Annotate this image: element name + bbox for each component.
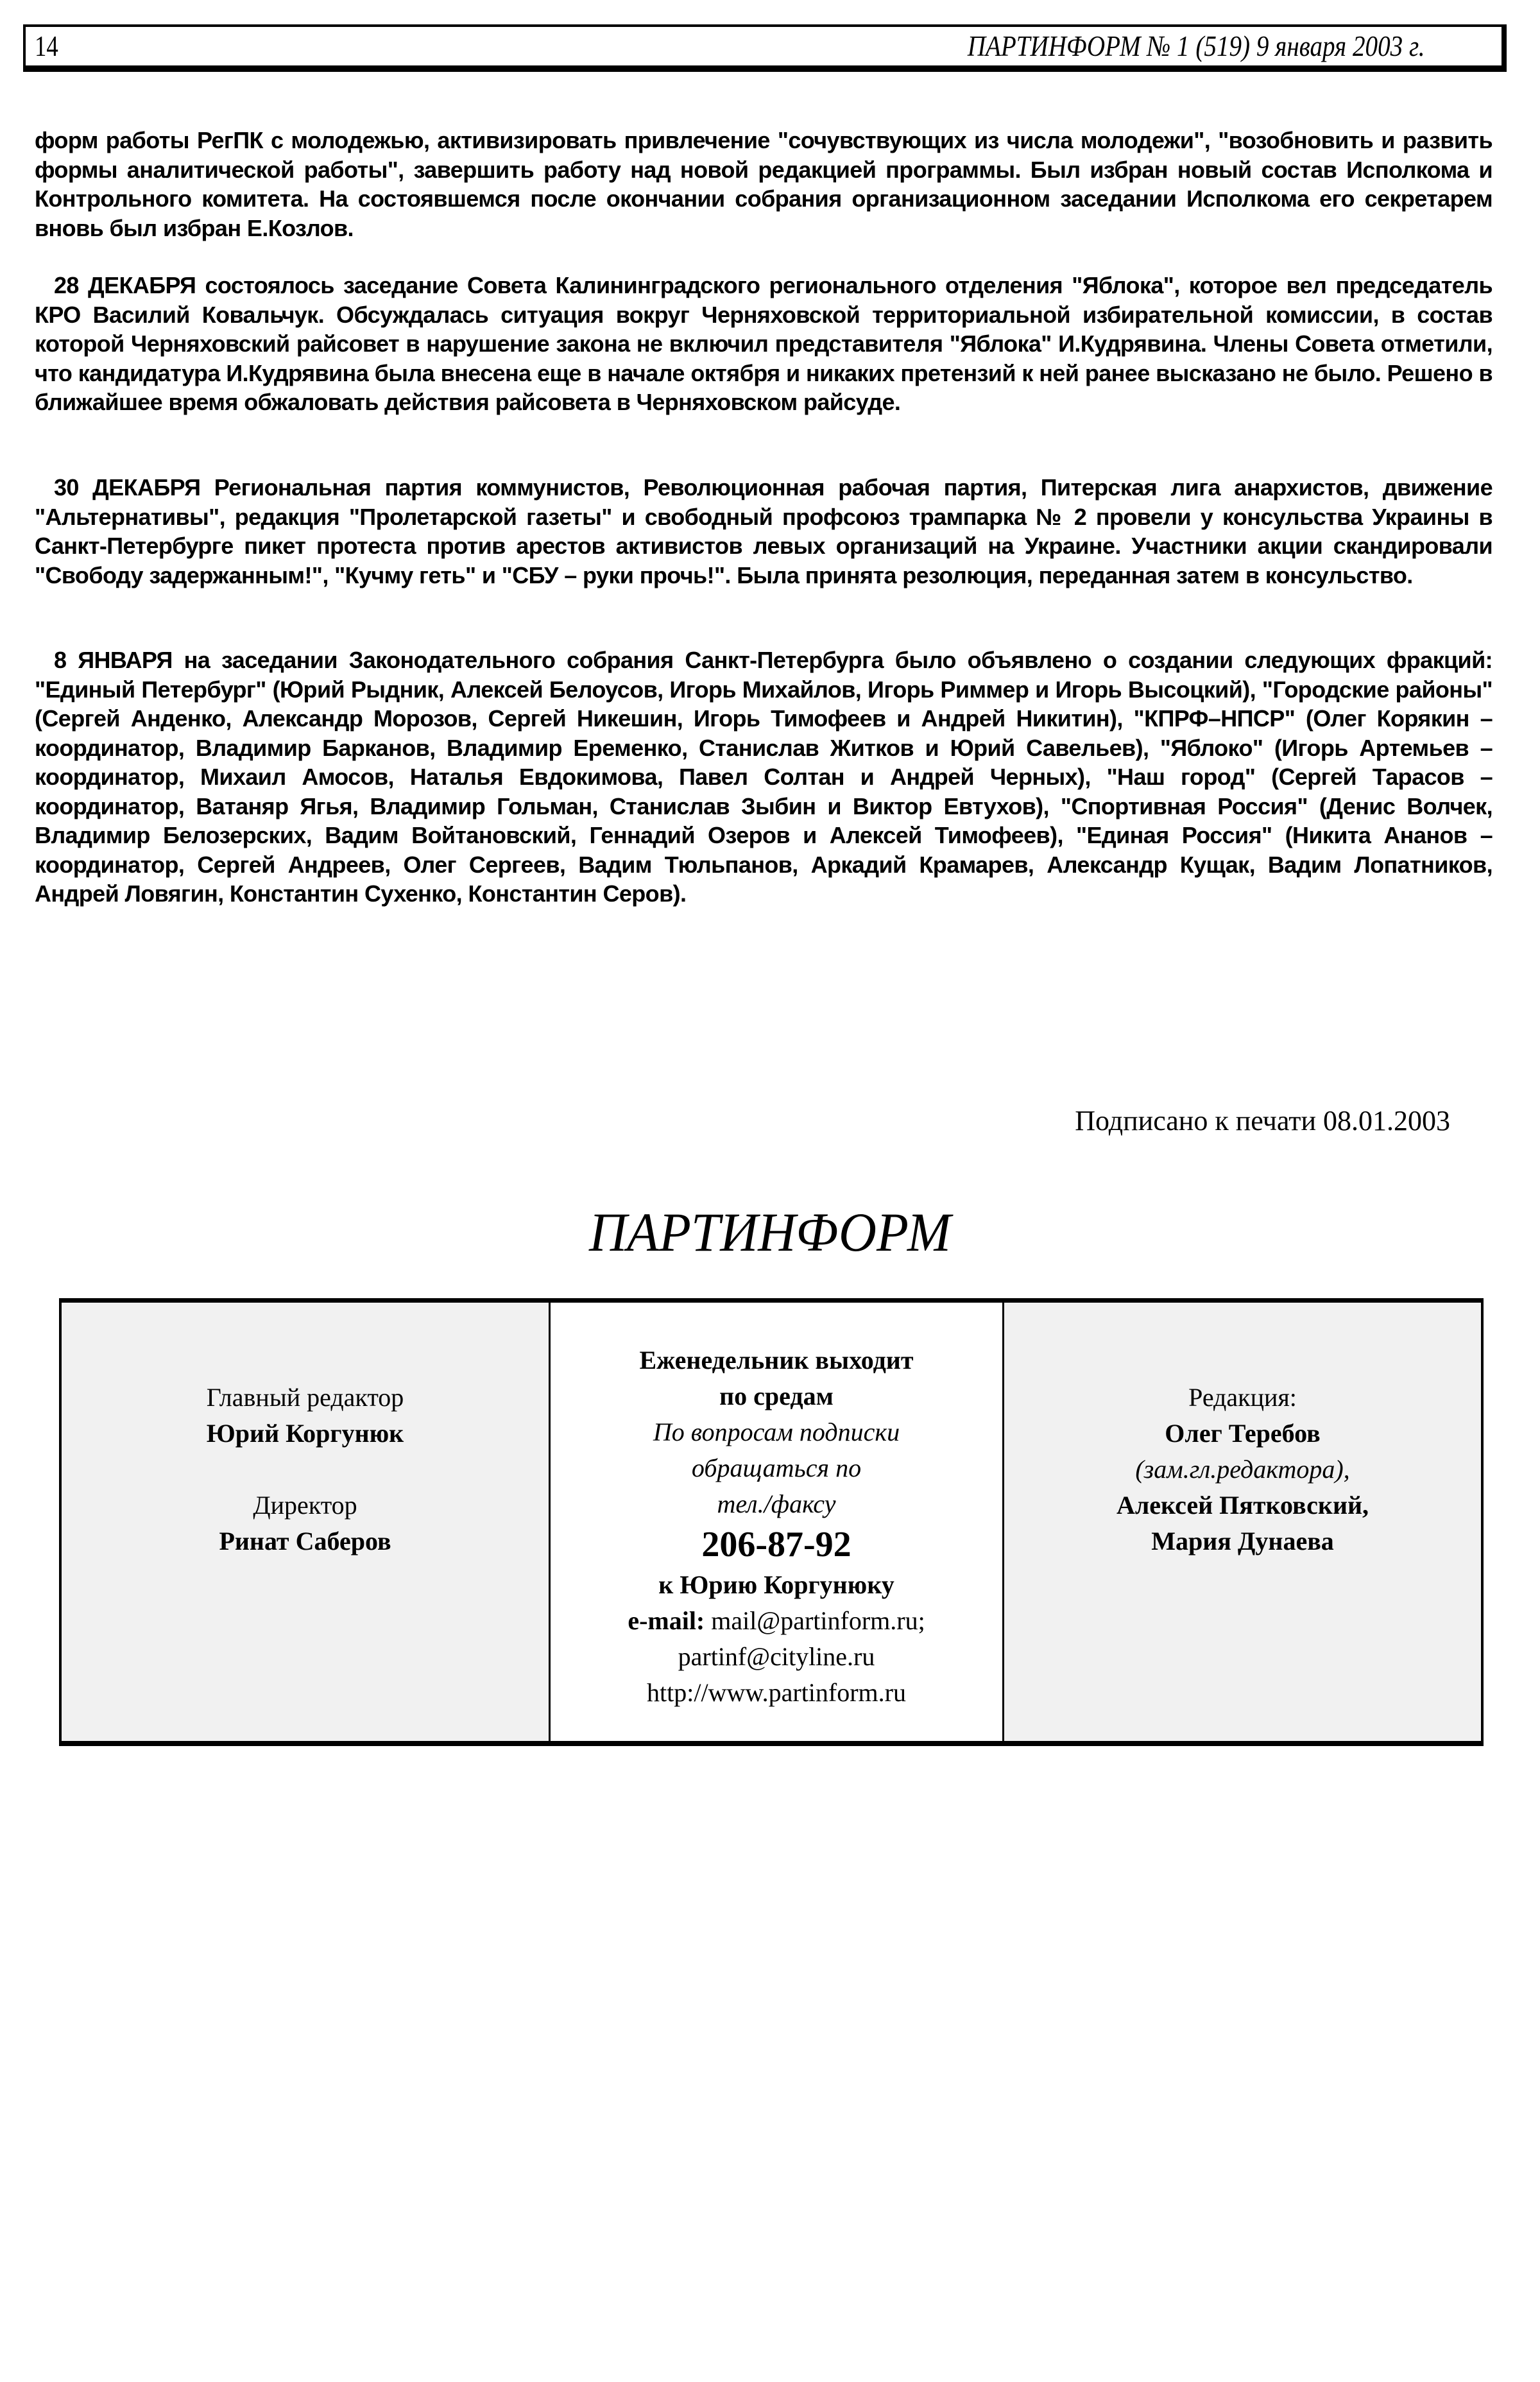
paragraph-2: 28 ДЕКАБРЯ состоялось заседание Совета К… [35, 271, 1493, 417]
email-link-2[interactable]: partinf@cityline.ru [551, 1639, 1002, 1675]
director-label: Директор [62, 1487, 549, 1523]
page-header: 14 ПАРТИНФОРМ № 1 (519) 9 января 2003 г. [23, 24, 1507, 72]
imprint-editors: Главный редактор Юрий Коргунюк Директор … [62, 1303, 551, 1741]
imprint-box: Главный редактор Юрий Коргунюк Директор … [59, 1298, 1484, 1746]
contact-person: к Юрию Коргунюку [551, 1567, 1002, 1603]
imprint-contacts: Еженедельник выходит по средам По вопрос… [551, 1303, 1004, 1741]
staff-label: Редакция: [1004, 1380, 1481, 1416]
subscription-line-3: тел./факсу [551, 1486, 1002, 1522]
email-link-1[interactable]: mail@partinform.ru; [705, 1606, 925, 1635]
entry-date: 8 ЯНВАРЯ [54, 647, 173, 673]
weekly-line-2: по средам [551, 1378, 1002, 1414]
article-entry-dec30: 30 ДЕКАБРЯ Региональная партия коммунист… [35, 473, 1493, 590]
article-entry-jan8: 8 ЯНВАРЯ на заседании Законодательного с… [35, 646, 1493, 909]
staff-member-1: Олег Теребов [1004, 1416, 1481, 1452]
entry-date: 30 ДЕКАБРЯ [54, 474, 200, 501]
paragraph-4: 8 ЯНВАРЯ на заседании Законодательного с… [35, 646, 1493, 909]
subscription-line-1: По вопросам подписки [551, 1414, 1002, 1450]
editor-name: Юрий Коргунюк [62, 1416, 549, 1452]
paragraph-1: форм работы РегПК с молодежью, активизир… [35, 126, 1493, 243]
email-line: e-mail: mail@partinform.ru; [551, 1603, 1002, 1639]
subscription-line-2: обращаться по [551, 1450, 1002, 1486]
article-body: форм работы РегПК с молодежью, активизир… [35, 126, 1493, 243]
weekly-line-1: Еженедельник выходит [551, 1342, 1002, 1378]
paragraph-text: на заседании Законодательного собрания С… [35, 647, 1493, 907]
paragraph-3: 30 ДЕКАБРЯ Региональная партия коммунист… [35, 473, 1493, 590]
issue-title: ПАРТИНФОРМ № 1 (519) 9 января 2003 г. [967, 30, 1425, 63]
signed-to-print: Подписано к печати 08.01.2003 [1027, 1105, 1450, 1137]
staff-member-3: Мария Дунаева [1004, 1523, 1481, 1559]
staff-member-1-role: (зам.гл.редактора), [1004, 1452, 1481, 1487]
paragraph-text: Региональная партия коммунистов, Революц… [35, 474, 1493, 588]
director-name: Ринат Саберов [62, 1523, 549, 1559]
paragraph-text: состоялось заседание Совета Калининградс… [35, 272, 1493, 415]
website-link[interactable]: http://www.partinform.ru [551, 1675, 1002, 1711]
entry-date: 28 ДЕКАБРЯ [54, 272, 196, 298]
email-label: e-mail: [628, 1606, 705, 1635]
article-entry-dec28: 28 ДЕКАБРЯ состоялось заседание Совета К… [35, 271, 1493, 417]
phone-number: 206-87-92 [551, 1522, 1002, 1567]
staff-member-2: Алексей Пятковский, [1004, 1487, 1481, 1523]
brand-title: ПАРТИНФОРМ [38, 1200, 1502, 1264]
editor-label: Главный редактор [62, 1380, 549, 1416]
paragraph-text: форм работы РегПК с молодежью, активизир… [35, 127, 1493, 241]
imprint-staff: Редакция: Олег Теребов (зам.гл.редактора… [1004, 1303, 1481, 1741]
page-number: 14 [35, 30, 58, 63]
